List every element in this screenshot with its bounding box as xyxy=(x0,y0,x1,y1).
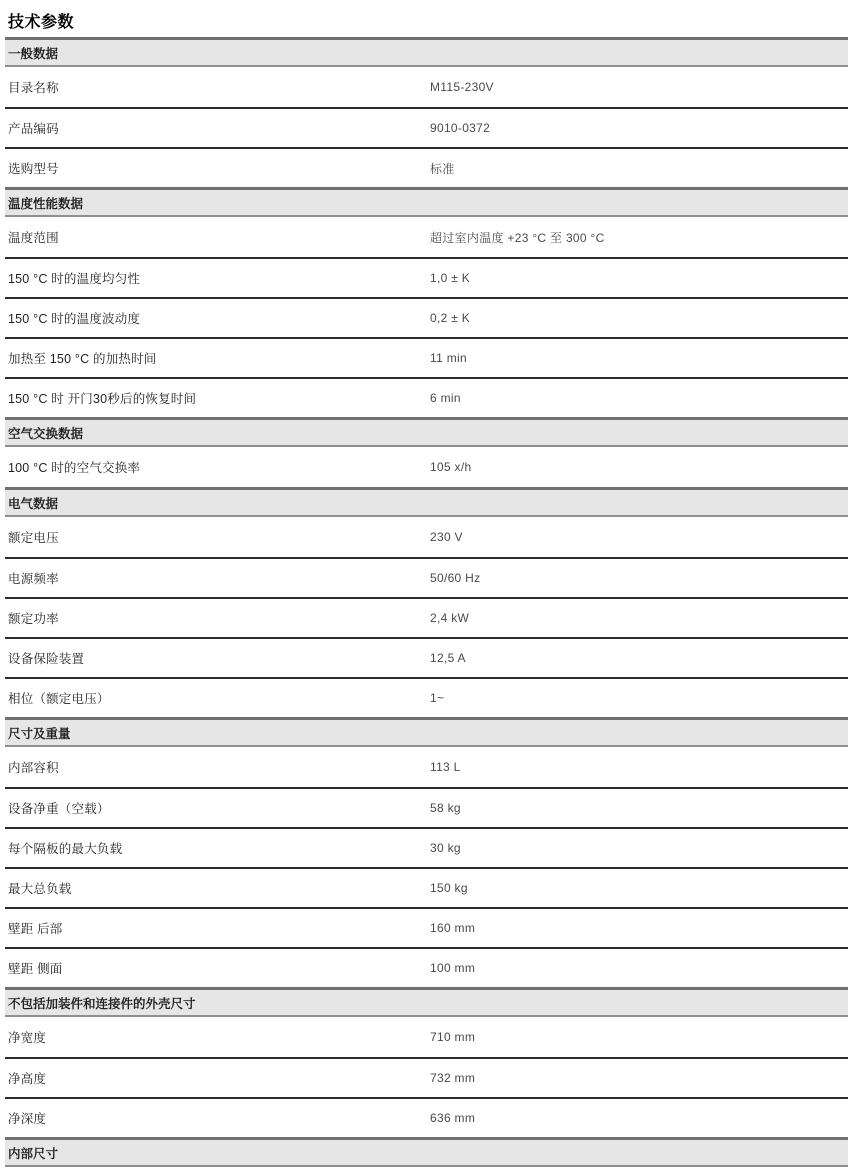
spec-row-value: 58 kg xyxy=(430,801,848,815)
spec-row: 壁距 侧面100 mm xyxy=(5,947,848,987)
spec-row: 产品编码9010-0372 xyxy=(5,107,848,147)
spec-row-value: 1,0 ± K xyxy=(430,271,848,285)
spec-row: 净高度732 mm xyxy=(5,1057,848,1097)
spec-row: 150 °C 时的温度均匀性1,0 ± K xyxy=(5,257,848,297)
spec-row-value: 105 x/h xyxy=(430,460,848,474)
spec-row-value: 230 V xyxy=(430,530,848,544)
spec-row-label: 电源频率 xyxy=(5,569,430,587)
spec-row-label: 设备净重（空载） xyxy=(5,799,430,817)
section-header-label: 内部尺寸 xyxy=(8,1144,58,1162)
section-header: 内部尺寸 xyxy=(5,1137,848,1167)
section-header-label: 空气交换数据 xyxy=(8,424,83,442)
spec-section: 不包括加装件和连接件的外壳尺寸净宽度710 mm净高度732 mm净深度636 … xyxy=(5,987,848,1137)
spec-row-value: 6 min xyxy=(430,391,848,405)
spec-row-value: 732 mm xyxy=(430,1071,848,1085)
spec-section: 温度性能数据温度范围超过室内温度 +23 °C 至 300 °C150 °C 时… xyxy=(5,187,848,417)
spec-row: 温度范围超过室内温度 +23 °C 至 300 °C xyxy=(5,217,848,257)
section-header: 不包括加装件和连接件的外壳尺寸 xyxy=(5,987,848,1017)
spec-row-label: 额定功率 xyxy=(5,609,430,627)
section-header-label: 不包括加装件和连接件的外壳尺寸 xyxy=(8,994,196,1012)
spec-row-label: 产品编码 xyxy=(5,119,430,137)
spec-row-value: 9010-0372 xyxy=(430,121,848,135)
spec-row-label: 150 °C 时 开门30秒后的恢复时间 xyxy=(5,389,430,407)
spec-row: 最大总负载150 kg xyxy=(5,867,848,907)
spec-row-label: 内部容积 xyxy=(5,758,430,776)
spec-section: 尺寸及重量内部容积113 L设备净重（空载）58 kg每个隔板的最大负载30 k… xyxy=(5,717,848,987)
section-header-label: 电气数据 xyxy=(8,494,58,512)
spec-row-value: 11 min xyxy=(430,351,848,365)
spec-row: 额定功率2,4 kW xyxy=(5,597,848,637)
spec-row: 额定电压230 V xyxy=(5,517,848,557)
spec-row: 内部容积113 L xyxy=(5,747,848,787)
spec-row-label: 选购型号 xyxy=(5,159,430,177)
section-header: 尺寸及重量 xyxy=(5,717,848,747)
spec-row: 电源频率50/60 Hz xyxy=(5,557,848,597)
spec-row-label: 温度范围 xyxy=(5,228,430,246)
spec-row-label: 净深度 xyxy=(5,1109,430,1127)
section-header: 温度性能数据 xyxy=(5,187,848,217)
spec-section: 一般数据目录名称M115-230V产品编码9010-0372选购型号标准 xyxy=(5,37,848,187)
section-header: 空气交换数据 xyxy=(5,417,848,447)
spec-row-label: 目录名称 xyxy=(5,78,430,96)
section-header: 一般数据 xyxy=(5,37,848,67)
spec-row-label: 净宽度 xyxy=(5,1028,430,1046)
spec-row-value: 2,4 kW xyxy=(430,611,848,625)
spec-row: 壁距 后部160 mm xyxy=(5,907,848,947)
spec-row-label: 相位（额定电压） xyxy=(5,689,430,707)
spec-row: 相位（额定电压）1~ xyxy=(5,677,848,717)
spec-row-label: 加热至 150 °C 的加热时间 xyxy=(5,349,430,367)
spec-row-value: 636 mm xyxy=(430,1111,848,1125)
spec-row: 净深度636 mm xyxy=(5,1097,848,1137)
spec-row-label: 壁距 侧面 xyxy=(5,959,430,977)
section-header-label: 一般数据 xyxy=(8,44,58,62)
spec-row: 100 °C 时的空气交换率105 x/h xyxy=(5,447,848,487)
spec-row: 每个隔板的最大负载30 kg xyxy=(5,827,848,867)
spec-row-label: 最大总负载 xyxy=(5,879,430,897)
spec-row-value: 超过室内温度 +23 °C 至 300 °C xyxy=(430,229,848,246)
spec-row: 净宽度710 mm xyxy=(5,1017,848,1057)
spec-row-value: 50/60 Hz xyxy=(430,571,848,585)
spec-row-value: 1~ xyxy=(430,691,848,705)
spec-table: 一般数据目录名称M115-230V产品编码9010-0372选购型号标准温度性能… xyxy=(5,37,848,1167)
spec-row-value: 0,2 ± K xyxy=(430,311,848,325)
spec-section: 电气数据额定电压230 V电源频率50/60 Hz额定功率2,4 kW设备保险装… xyxy=(5,487,848,717)
spec-row-label: 净高度 xyxy=(5,1069,430,1087)
section-header-label: 温度性能数据 xyxy=(8,194,83,212)
spec-row-value: 160 mm xyxy=(430,921,848,935)
spec-row-label: 壁距 后部 xyxy=(5,919,430,937)
spec-section: 空气交换数据100 °C 时的空气交换率105 x/h xyxy=(5,417,848,487)
spec-row-label: 150 °C 时的温度均匀性 xyxy=(5,269,430,287)
spec-row-value: 标准 xyxy=(430,160,848,177)
spec-row-value: 710 mm xyxy=(430,1030,848,1044)
spec-row-value: 30 kg xyxy=(430,841,848,855)
spec-row-value: 100 mm xyxy=(430,961,848,975)
spec-row: 加热至 150 °C 的加热时间11 min xyxy=(5,337,848,377)
spec-row-label: 设备保险装置 xyxy=(5,649,430,667)
spec-row-value: M115-230V xyxy=(430,80,848,94)
page-title: 技术参数 xyxy=(8,9,863,37)
spec-row: 设备净重（空载）58 kg xyxy=(5,787,848,827)
spec-row-label: 100 °C 时的空气交换率 xyxy=(5,458,430,476)
spec-row-value: 150 kg xyxy=(430,881,848,895)
spec-row-value: 113 L xyxy=(430,760,848,774)
spec-row-label: 150 °C 时的温度波动度 xyxy=(5,309,430,327)
spec-row: 150 °C 时的温度波动度0,2 ± K xyxy=(5,297,848,337)
spec-document: 技术参数 一般数据目录名称M115-230V产品编码9010-0372选购型号标… xyxy=(0,9,863,1167)
spec-row: 设备保险装置12,5 A xyxy=(5,637,848,677)
spec-row-value: 12,5 A xyxy=(430,651,848,665)
spec-row-label: 每个隔板的最大负载 xyxy=(5,839,430,857)
spec-row-label: 额定电压 xyxy=(5,528,430,546)
section-header: 电气数据 xyxy=(5,487,848,517)
spec-row: 目录名称M115-230V xyxy=(5,67,848,107)
spec-row: 选购型号标准 xyxy=(5,147,848,187)
spec-row: 150 °C 时 开门30秒后的恢复时间6 min xyxy=(5,377,848,417)
section-header-label: 尺寸及重量 xyxy=(8,724,71,742)
spec-section: 内部尺寸 xyxy=(5,1137,848,1167)
